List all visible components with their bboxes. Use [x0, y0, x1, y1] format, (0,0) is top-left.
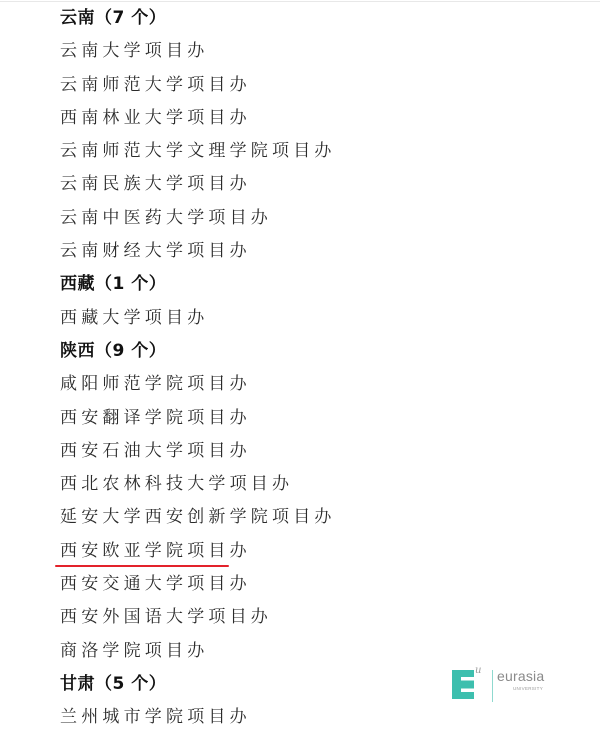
list-item: 云南师范大学项目办 — [60, 69, 540, 102]
list-item: 云南民族大学项目办 — [60, 168, 540, 201]
list-item: 西安石油大学项目办 — [60, 435, 540, 468]
logo-superscript: u — [475, 665, 481, 676]
logo-divider — [492, 670, 493, 702]
list-item: 云南大学项目办 — [60, 35, 540, 68]
red-underline — [55, 565, 229, 567]
list-item: 西安外国语大学项目办 — [60, 601, 540, 634]
highlighted-item-text: 西安欧亚学院项目办 — [60, 541, 251, 561]
logo-brand-text: eurasia — [497, 668, 544, 684]
eurasia-university-watermark: u eurasia UNIVERSITY — [452, 667, 552, 707]
list-item: 云南财经大学项目办 — [60, 235, 540, 268]
section-heading-shaanxi: 陕西（9 个） — [60, 335, 540, 368]
list-item: 商洛学院项目办 — [60, 635, 540, 668]
section-heading-tibet: 西藏（1 个） — [60, 268, 540, 301]
eurasia-e-logo-icon — [452, 670, 474, 699]
document-body: 云南（7 个） 云南大学项目办 云南师范大学项目办 西南林业大学项目办 云南师范… — [60, 2, 540, 735]
list-item: 西藏大学项目办 — [60, 302, 540, 335]
list-item: 云南中医药大学项目办 — [60, 202, 540, 235]
list-item: 西北农林科技大学项目办 — [60, 468, 540, 501]
list-item: 西安交通大学项目办 — [60, 568, 540, 601]
list-item: 云南师范大学文理学院项目办 — [60, 135, 540, 168]
section-heading-yunnan: 云南（7 个） — [60, 2, 540, 35]
logo-subtitle: UNIVERSITY — [513, 686, 543, 691]
list-item: 西南林业大学项目办 — [60, 102, 540, 135]
highlighted-list-item: 西安欧亚学院项目办 — [60, 535, 540, 568]
list-item: 延安大学西安创新学院项目办 — [60, 501, 540, 534]
list-item: 咸阳师范学院项目办 — [60, 368, 540, 401]
list-item: 西安翻译学院项目办 — [60, 402, 540, 435]
